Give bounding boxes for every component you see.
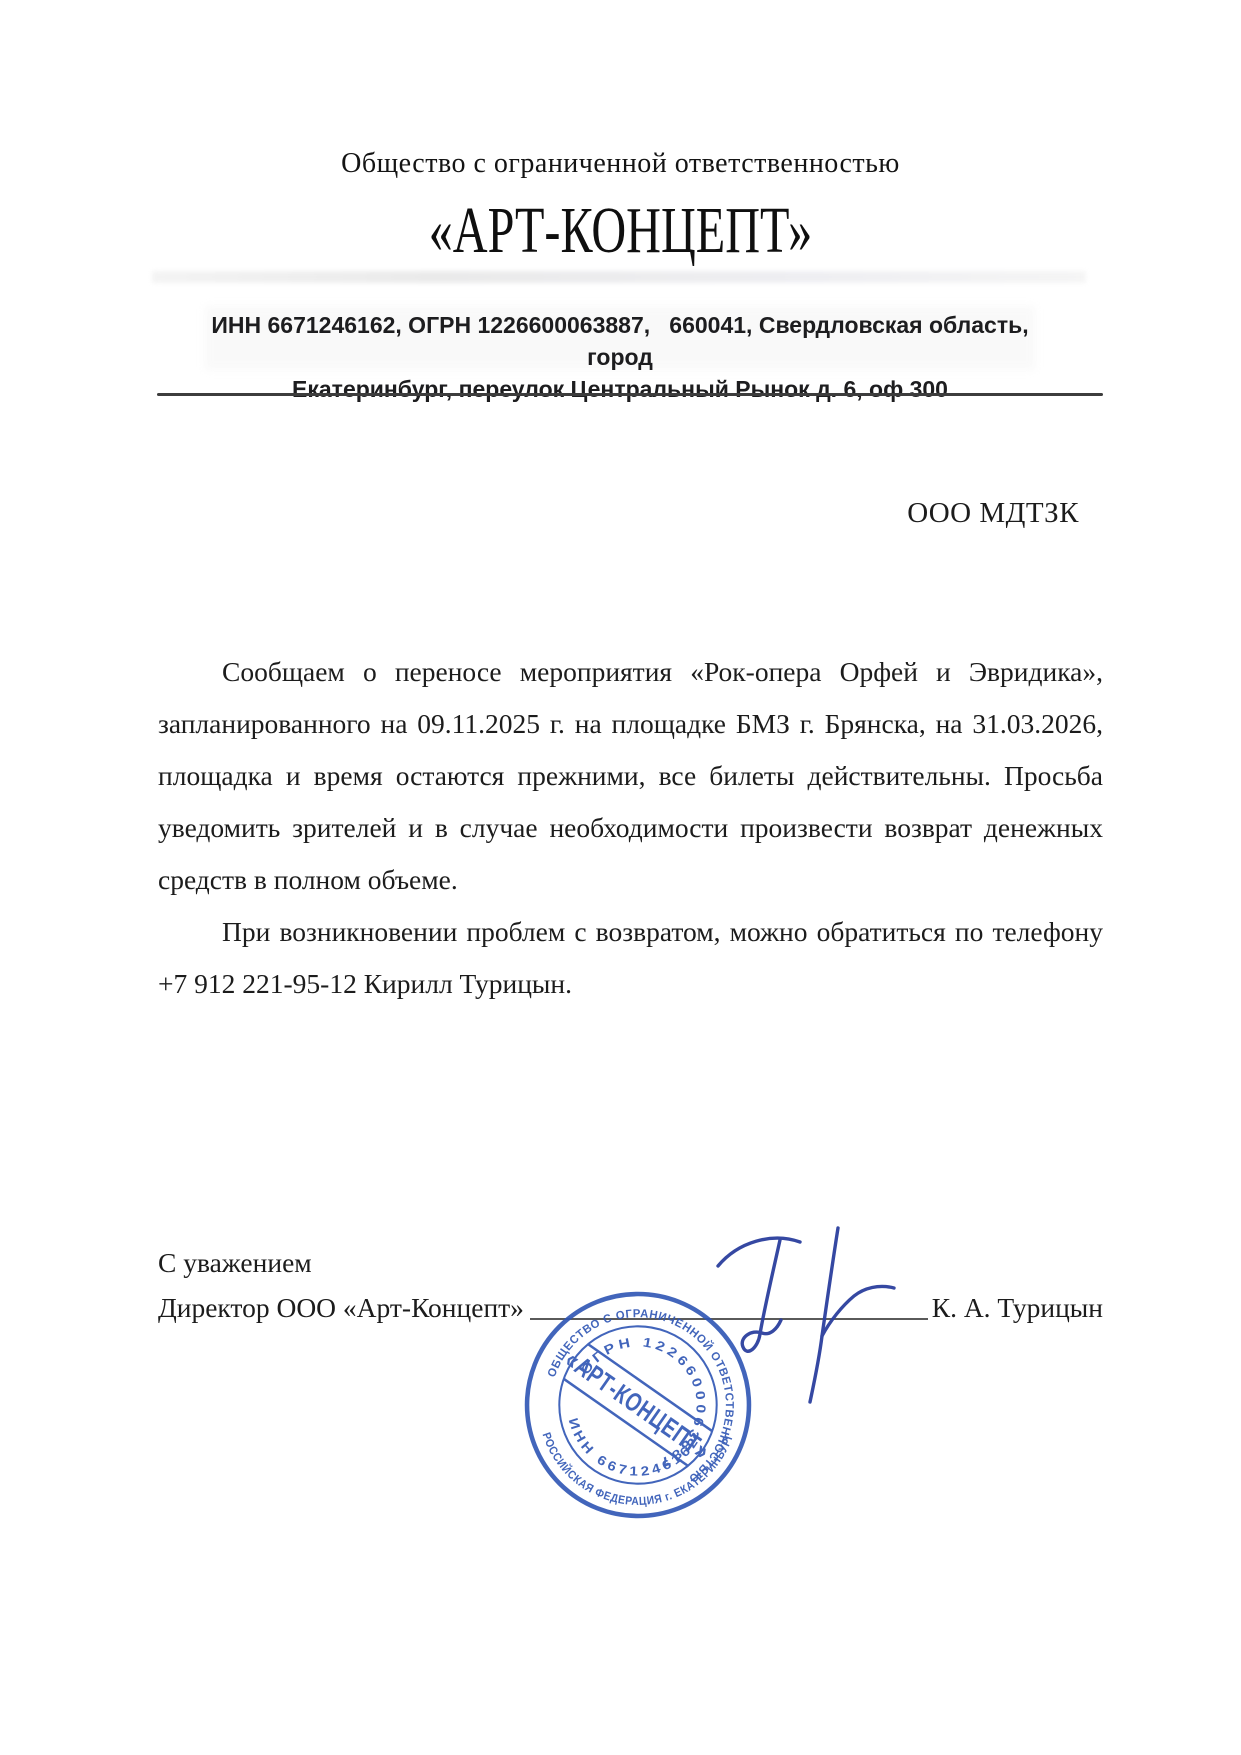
signature-stroke-flourish	[822, 1286, 894, 1336]
requisites-line-2: Екатеринбург, переулок Центральный Рынок…	[200, 373, 1040, 405]
handwritten-signature	[700, 1218, 915, 1408]
signature-closing: С уважением	[158, 1244, 1103, 1282]
scan-artifact-band	[152, 271, 1086, 283]
org-type-label: Общество с ограниченной ответственностью	[150, 148, 1091, 180]
letter-body: Сообщаем о переносе мероприятия «Рок-опе…	[158, 646, 1103, 1010]
company-requisites: ИНН 6671246162, ОГРН 1226600063887, 6600…	[200, 309, 1040, 405]
signature-stroke-stem	[742, 1240, 781, 1351]
requisites-line-1: ИНН 6671246162, ОГРН 1226600063887, 6600…	[200, 309, 1040, 373]
addressee: ООО МДТЗК	[150, 497, 1091, 530]
letterhead: Общество с ограниченной ответственностью…	[150, 148, 1091, 258]
letter-page: Общество с ограниченной ответственностью…	[0, 0, 1241, 1755]
signature-name: К. А. Турицын	[932, 1288, 1103, 1328]
signature-role: Директор ООО «Арт-Концепт»	[158, 1288, 524, 1328]
header-divider-line	[157, 393, 1103, 396]
body-paragraph-1: Сообщаем о переносе мероприятия «Рок-опе…	[158, 646, 1103, 906]
signature-stroke-cap	[718, 1238, 800, 1266]
org-name-title: «АРТ-КОНЦЕПТ»	[277, 204, 964, 258]
body-paragraph-2: При возникновении проблем с возвратом, м…	[158, 906, 1103, 1010]
